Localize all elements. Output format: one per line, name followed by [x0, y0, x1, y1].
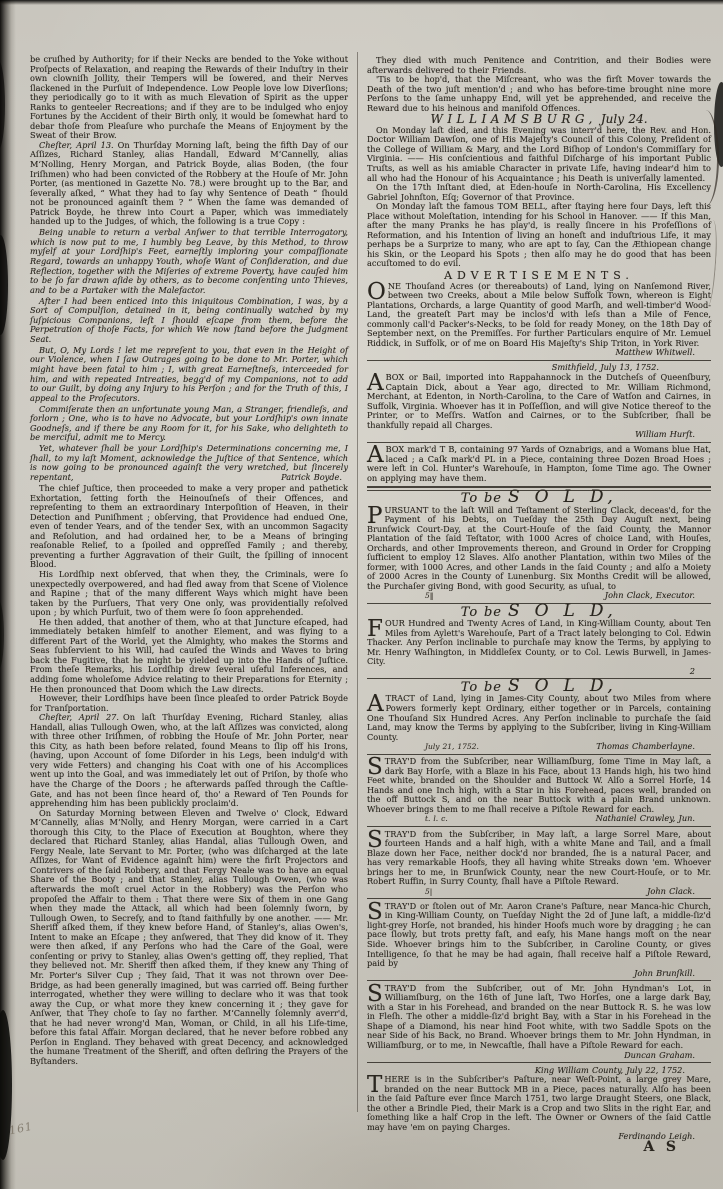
advert-signature: Thomas Chamberlayne. [596, 742, 695, 752]
section-rule [367, 603, 711, 604]
advert-pursuant-clack: PURSUANT to the laſt Will and Teſtament … [367, 506, 711, 601]
news-paragraph-chester-april27: Cheſter, April 27.On laſt Thurſday Eveni… [30, 713, 348, 808]
advert-text: ABOX mark'd T B, containing 97 Yards of … [367, 445, 711, 483]
news-paragraph-intro: be cruſhed by Authority; for if their Ne… [30, 55, 348, 141]
drop-cap: P [367, 507, 382, 525]
signature-line: William Hurſt. [367, 430, 711, 440]
williamsburg-heading: WILLIAMSBURG,July 24. [367, 115, 711, 125]
paragraph-text: TRAY'D from the Subſcriber, out of Mr. J… [367, 983, 711, 1050]
advert-text: THERE is in the Subſcriber's Paſture, ne… [367, 1075, 711, 1132]
drop-cap: S [367, 903, 383, 921]
section-rule [367, 754, 711, 755]
drop-cap: S [367, 831, 383, 849]
advert-text: ONE Thouſand Acres (or thereabouts) of L… [367, 282, 711, 349]
section-rule [367, 1062, 711, 1063]
paragraph-text: NE Thouſand Acres (or thereabouts) of La… [367, 281, 711, 348]
paragraph-text: TRAY'D from the Subſcriber, near William… [367, 756, 711, 814]
advert-text: STRAY'D from the Subſcriber, near Willia… [367, 757, 711, 814]
advert-text: STRAY'D from the Subſcriber, in May laſt… [367, 830, 711, 887]
section-rule [367, 442, 711, 443]
compositor-mark: t. l. c. [425, 814, 448, 824]
letter-signature: Patrick Boyde. [272, 473, 348, 483]
news-paragraph-dawson: On Monday laſt died, and this Evening wa… [367, 126, 711, 183]
advert-signature: Nathaniel Crawley, Jun. [596, 814, 695, 824]
drop-cap: F [367, 620, 383, 638]
paragraph-text: On laſt Thurſday Evening, Richard Stanle… [30, 712, 348, 808]
news-paragraph-justice: The chief Juſtice, then proceeded to mak… [30, 484, 348, 570]
to-be-sold-heading: To beS O L D, [367, 682, 711, 694]
section-rule [367, 980, 711, 981]
advert-land-nansemond: ONE Thouſand Acres (or thereabouts) of L… [367, 282, 711, 358]
advert-text: PURSUANT to the laſt Will and Teſtament … [367, 506, 711, 592]
paragraph-text: HERE is in the Subſcriber's Paſture, nea… [367, 1074, 711, 1132]
advert-text: ABOX or Bail, imported into Rappahannock… [367, 373, 711, 430]
column-divider-rule [357, 52, 358, 1112]
section-rule-double [367, 486, 711, 491]
signature-line: July 21, 1752.Thomas Chamberlayne. [367, 742, 711, 752]
paragraph-text: OUR Hundred and Twenty Acres of Land, in… [367, 618, 711, 666]
to-be-sold-heading: To beS O L D, [367, 493, 711, 505]
news-paragraph-died: They died with much Penitence and Contri… [367, 56, 711, 75]
section-rule [367, 826, 711, 827]
scan-edge-top [0, 0, 723, 5]
signature-line: 5|John Clack. [367, 887, 711, 897]
advert-box-or-bail: Smithfield, July 13, 1752. ABOX or Bail,… [367, 363, 711, 439]
advert-signature: John Clack, Executor. [605, 591, 695, 601]
advert-signature: William Hurſt. [635, 430, 695, 440]
news-paragraph-tis: 'Tis to be hop'd, that the Miſcreant, wh… [367, 75, 711, 113]
letter-paragraph: Being unable to return a verbal Anſwer t… [30, 228, 348, 295]
right-column: They died with much Penitence and Contri… [367, 56, 711, 1153]
dateline-chester2: Cheſter, April 27. [39, 712, 119, 722]
advert-strayd-sorrel-mare: STRAY'D from the Subſcriber, in May laſt… [367, 830, 711, 897]
advert-four-hundred-acres: FOUR Hundred and Twenty Acres of Land, i… [367, 619, 711, 676]
drop-cap: T [367, 1076, 382, 1094]
advertisements-heading: ADVERTISEMENTS. [367, 271, 711, 281]
advert-signature: John Brunſkill. [634, 969, 695, 979]
advert-strayd-bay-horse: STRAY'D from the Subſcriber, near Willia… [367, 757, 711, 824]
advert-date: July 21, 1752. [425, 742, 479, 752]
advert-signature: John Clack. [647, 887, 695, 897]
left-column: be cruſhed by Authority; for if their Ne… [30, 55, 348, 1066]
signature-line: John Brunſkill. [367, 969, 711, 979]
news-paragraph-however: However, their Lordſhips have been ſince… [30, 694, 348, 713]
drop-cap: S [367, 985, 383, 1003]
signature-line: t. l. c.Nathaniel Crawley, Jun. [367, 814, 711, 824]
news-paragraph-saturday: On Saturday Morning between Eleven and T… [30, 809, 348, 1067]
compositor-mark: 5‖ [425, 591, 434, 601]
drop-cap: A [367, 446, 384, 464]
advert-pasture-west-point: King William County, July 22, 1752. THER… [367, 1066, 711, 1142]
paragraph-text: TRAY'D from the Subſcriber, in May laſt,… [367, 829, 711, 887]
advert-text: FOUR Hundred and Twenty Acres of Land, i… [367, 619, 711, 667]
williamsburg-date: July 24. [601, 112, 648, 126]
dateline-chester1: Cheſter, April 13. [39, 140, 114, 150]
paragraph-text: BOX or Bail, imported into Rappahannock … [367, 372, 711, 430]
advert-box-tb: ABOX mark'd T B, containing 97 Yards of … [367, 445, 711, 483]
news-paragraph-tombell: On Monday laſt the famous TOM BELL, afte… [367, 202, 711, 269]
advert-strayd-grey-horse: STRAY'D or ſtolen out of Mr. Aaron Crane… [367, 902, 711, 978]
advert-signature: Duncan Graham. [624, 1051, 695, 1061]
advert-signature: Matthew Whitwell. [616, 348, 695, 358]
news-paragraph-chester-april13: Cheſter, April 13.On Thurſday Morning la… [30, 141, 348, 227]
paragraph-text: BOX mark'd T B, containing 97 Yards of O… [367, 444, 711, 483]
advert-text: ATRACT of Land, lying in James-City Coun… [367, 694, 711, 742]
compositor-mark: 5| [425, 887, 432, 897]
section-rule [367, 360, 711, 361]
news-paragraph-eden: On the 17th Inſtant died, at Eden-houſe … [367, 183, 711, 202]
signature-line: Duncan Graham. [367, 1051, 711, 1061]
letter-paragraph: After I had been enticed into this iniqu… [30, 297, 348, 345]
drop-cap: A [367, 374, 384, 392]
signature-line: Matthew Whitwell. [367, 348, 711, 358]
letter-paragraph: But, O, My Lords ! let me repreſent to y… [30, 346, 348, 403]
press-figure-mark: A S [367, 1143, 711, 1153]
to-be-sold-heading: To beS O L D, [367, 607, 711, 619]
news-paragraph-lordship: His Lordſhip next obſerved, that when th… [30, 570, 348, 618]
newspaper-page: 161 be cruſhed by Authority; for if thei… [0, 0, 723, 1189]
paragraph-text: TRACT of Land, lying in James-City Count… [367, 693, 711, 741]
news-paragraph-added: He then added, that another of them, who… [30, 618, 348, 694]
williamsburg-city: WILLIAMSBURG, [430, 112, 596, 126]
advert-strayd-two-horses: STRAY'D from the Subſcriber, out of Mr. … [367, 984, 711, 1060]
paragraph-text: TRAY'D or ſtolen out of Mr. Aaron Crane'… [367, 901, 711, 968]
letter-paragraph: Commiſerate then an unfortunate young Ma… [30, 405, 348, 443]
section-rule [367, 678, 711, 679]
advert-text: STRAY'D from the Subſcriber, out of Mr. … [367, 984, 711, 1051]
paragraph-text: URSUANT to the laſt Will and Teſtament o… [367, 505, 711, 591]
drop-cap: A [367, 695, 384, 713]
section-rule [367, 898, 711, 899]
advert-signature: 2 [690, 667, 695, 677]
advert-tract-james-city: ATRACT of Land, lying in James-City Coun… [367, 694, 711, 751]
drop-cap: O [367, 283, 386, 301]
letter-paragraph: Yet, whatever ſhall be your Lordſhip's D… [30, 444, 348, 482]
advert-text: STRAY'D or ſtolen out of Mr. Aaron Crane… [367, 902, 711, 969]
paragraph-text: On Thurſday Morning laſt, being the fift… [30, 140, 348, 226]
drop-cap: S [367, 758, 383, 776]
